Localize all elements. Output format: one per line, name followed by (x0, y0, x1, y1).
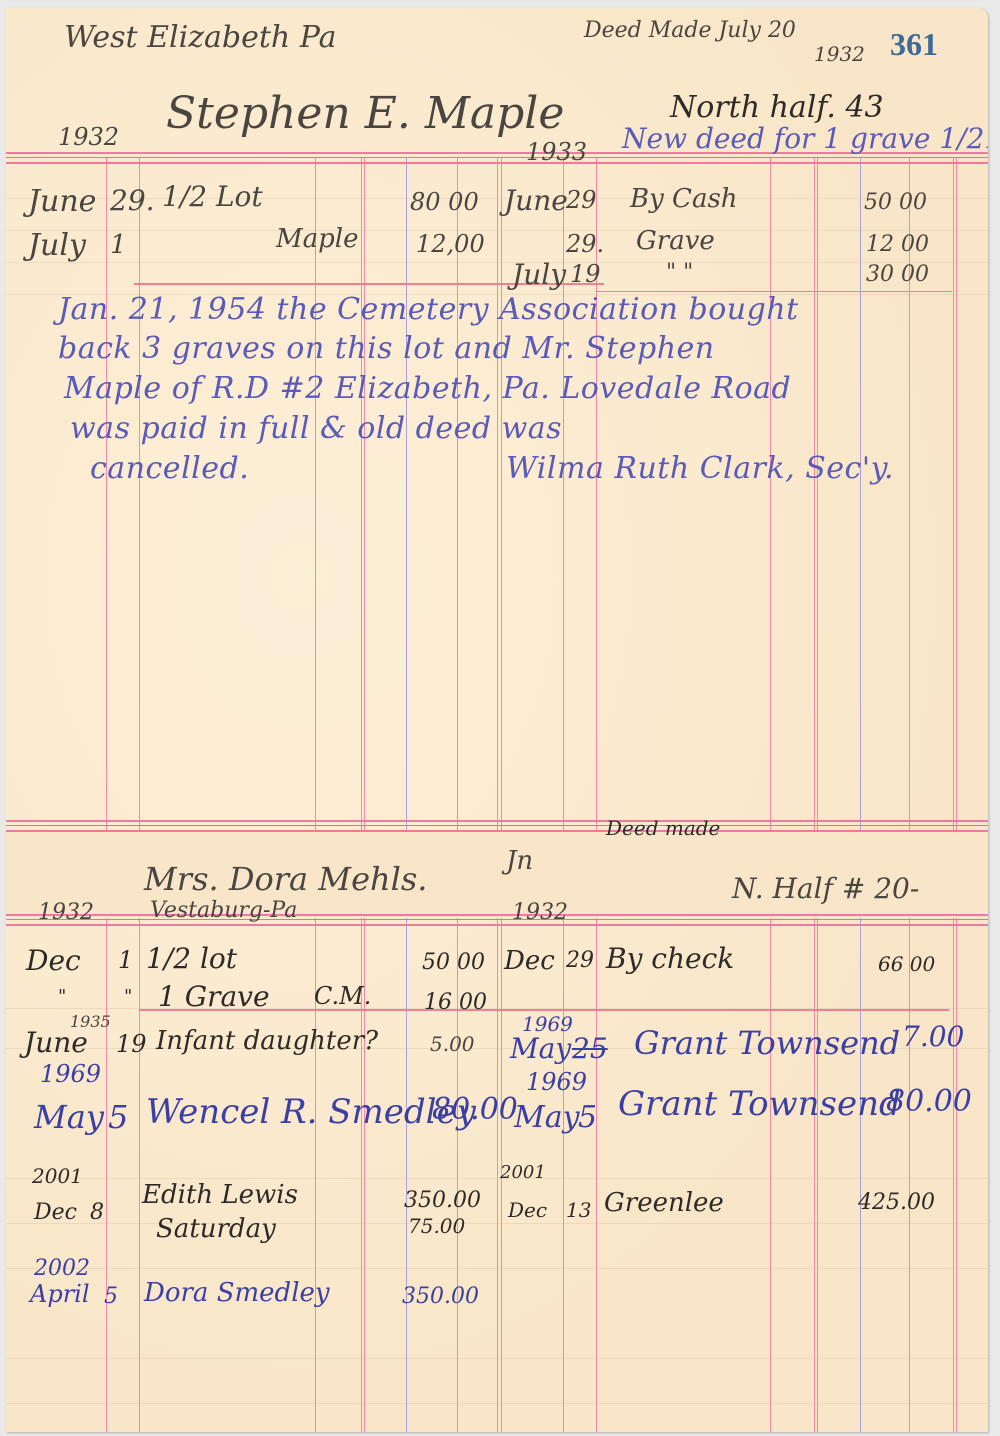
column-rule (817, 158, 818, 1432)
credit-amount: 30 00 (866, 262, 929, 287)
column-rule (860, 158, 861, 1432)
credit-day: 13 (566, 1198, 591, 1222)
debit-description: 1 Grave (158, 980, 270, 1013)
section-rule (6, 820, 988, 832)
deed-made-note: Deed Made July 20 (584, 18, 796, 43)
credit-description: Greenlee (604, 1188, 724, 1218)
credit-amount: 425.00 (858, 1190, 935, 1215)
debit-day: 5 (104, 1284, 118, 1309)
debit-month: April (30, 1280, 90, 1308)
credit-month: June (504, 184, 568, 217)
memo-line: was paid in full & old deed was (70, 409, 562, 448)
debit-day: " (124, 986, 132, 1007)
debit-month: July (28, 228, 86, 263)
owner-address: Vestaburg-Pa (150, 898, 297, 923)
credit-amount: 50 00 (864, 190, 927, 215)
credit-day: 19 (570, 260, 601, 288)
credit-description: By Cash (630, 184, 738, 214)
debit-note: C.M. (314, 982, 371, 1010)
credit-day: 29 (566, 186, 597, 214)
credit-description: Grant Townsend (634, 1024, 900, 1062)
credit-description: " " (666, 260, 693, 285)
debit-description: 1/2 lot (146, 942, 237, 975)
debit-note: Maple (276, 224, 358, 254)
debit-description: 1/2 Lot (162, 180, 263, 213)
debit-amount: 16 00 (424, 990, 487, 1015)
debit-amount: 350.00 (402, 1284, 479, 1309)
credit-month: May (510, 1032, 571, 1065)
debit-month: Dec (26, 944, 81, 977)
credit-description: Grant Townsend (618, 1084, 901, 1124)
debit-amount: 5.00 (430, 1032, 475, 1056)
column-rule (814, 158, 815, 1432)
owner-name: Mrs. Dora Mehls. (144, 860, 427, 898)
credit-description: Grave (636, 226, 715, 256)
credit-amount: 80.00 (886, 1084, 972, 1119)
debit-description: Edith Lewis (142, 1180, 298, 1210)
entry-year-right: 1932 (512, 900, 568, 925)
page-number: 361 (890, 26, 938, 63)
memo-line: cancelled. (90, 449, 249, 488)
credit-month: May (514, 1100, 580, 1135)
credit-month: Dec (504, 946, 555, 976)
credit-amount: 66 00 (878, 952, 935, 976)
deed-made-note: Deed made (606, 816, 720, 840)
credit-day: 29. (566, 230, 604, 258)
credit-year: 1969 (526, 1068, 587, 1096)
debit-year: 2002 (34, 1256, 90, 1281)
initials: Jn (506, 846, 533, 876)
lot-designation: N. Half # 20- (732, 872, 919, 905)
credit-year: 2001 (500, 1162, 546, 1183)
debit-month: " (58, 986, 66, 1007)
credit-amount: 12 00 (866, 232, 929, 257)
debit-amount: 80.00 (432, 1092, 518, 1127)
column-rule (956, 158, 957, 1432)
new-deed-note: New deed for 1 grave 1/21/54 (622, 122, 988, 155)
memo-signature: Wilma Ruth Clark, Sec'y. (506, 449, 894, 488)
credit-month: July (512, 258, 566, 291)
debit-description: Wencel R. Smedley (146, 1092, 476, 1132)
debit-day: 1 (110, 230, 127, 260)
debit-year: 2001 (32, 1164, 83, 1188)
memo-line: Jan. 21, 1954 the Cemetery Association b… (58, 290, 799, 329)
credit-amount: 7.00 (902, 1020, 964, 1053)
lot-designation: North half. 43 (670, 90, 884, 125)
debit-day: 1 (118, 946, 133, 974)
debit-description: Infant daughter? (156, 1026, 378, 1056)
deed-made-year: 1932 (814, 42, 865, 66)
location-label: West Elizabeth Pa (64, 20, 337, 55)
column-rule (909, 158, 910, 1432)
debit-month: June (28, 184, 96, 219)
credit-day: 25 (572, 1032, 608, 1065)
debit-month: May (34, 1098, 104, 1136)
credit-day: 29 (566, 948, 594, 973)
owner-name: Stephen E. Maple (166, 88, 564, 139)
entry-year-left: 1932 (38, 900, 94, 925)
ledger-page: West Elizabeth Pa Deed Made July 20 1932… (6, 8, 988, 1432)
memo-line: Maple of R.D #2 Elizabeth, Pa. Lovedale … (64, 369, 791, 408)
debit-amount: 350.00 (404, 1188, 481, 1213)
column-rule (770, 158, 771, 1432)
debit-amount: 50 00 (422, 950, 485, 975)
debit-year: 1969 (40, 1060, 101, 1088)
debit-description: Dora Smedley (144, 1278, 330, 1308)
debit-day: 8 (90, 1200, 104, 1225)
debit-month: Dec (34, 1200, 77, 1225)
entry-year-left: 1932 (58, 123, 119, 151)
debit-description: Saturday (156, 1214, 276, 1244)
debit-month: June (24, 1026, 88, 1059)
column-rule (953, 158, 954, 1432)
debit-day: 5 (108, 1098, 128, 1136)
credit-description: By check (606, 942, 734, 975)
credit-day: 5 (578, 1100, 597, 1135)
debit-day: 29. (110, 184, 155, 217)
debit-amount: 75.00 (408, 1214, 465, 1238)
credit-month: Dec (508, 1198, 547, 1222)
debit-amount: 80 00 (410, 188, 479, 216)
debit-day: 19 (116, 1030, 147, 1058)
debit-amount: 12,00 (416, 230, 485, 258)
entry-year-right: 1933 (526, 138, 587, 166)
memo-line: back 3 graves on this lot and Mr. Stephe… (58, 329, 715, 368)
